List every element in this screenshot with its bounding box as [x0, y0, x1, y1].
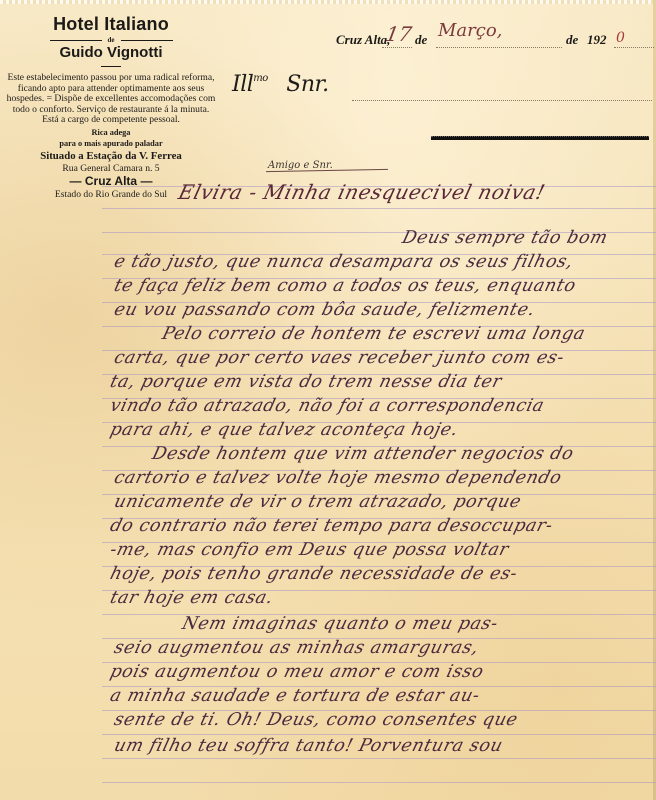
- letter-line: Nem imaginas quanto o meu pas-: [180, 614, 500, 634]
- letter-line: um filho teu soffra tanto! Porventura so…: [112, 736, 505, 756]
- date-year: 192: [587, 32, 607, 48]
- ruled-line: [102, 734, 656, 735]
- letter-line: pois augmentou o meu amor e com isso: [108, 662, 486, 682]
- hotel-location: Situado a Estação da V. Ferrea: [0, 150, 222, 162]
- letter-line: carta, que por certo vaes receber junto …: [112, 348, 567, 368]
- ruled-line: [102, 782, 656, 783]
- hotel-street: Rua General Camara n. 5: [0, 163, 222, 174]
- salutation-ill: Ill: [232, 72, 253, 97]
- date-de: de: [566, 32, 578, 48]
- recipient-dotted-line: [352, 100, 652, 101]
- letter-line: te faça feliz bem como a todos os teus, …: [112, 276, 578, 296]
- hotel-name: Hotel Italiano: [0, 14, 222, 35]
- letter-line: Pelo correio de hontem te escrevi uma lo…: [160, 324, 587, 344]
- letter-line: para ahi, e que talvez aconteça hoje.: [108, 420, 460, 440]
- letterhead-de: de: [108, 36, 115, 44]
- salutation-snr: Snr.: [286, 72, 328, 97]
- letterhead-de-row: de: [0, 36, 222, 44]
- letter-line: cartorio e talvez volte hoje mesmo depen…: [112, 468, 564, 488]
- letterhead: Hotel Italiano de Guido Vignotti Este es…: [0, 12, 222, 200]
- letter-line: unicamente de vir o trem atrazado, porqu…: [112, 492, 523, 512]
- date-de: de: [415, 32, 427, 48]
- divider: [101, 66, 121, 67]
- letter-line: sente de ti. Oh! Deus, como consentes qu…: [112, 710, 520, 730]
- letter-line: a minha saudade e tortura de estar au-: [108, 686, 482, 706]
- date-line: Cruz Alta, 17 de Março, de 192 0: [336, 30, 654, 54]
- salutation-sup: mo: [253, 73, 268, 84]
- salutation: Illmo Snr.: [232, 72, 329, 97]
- letter-line: e tão justo, que nunca desampara os seus…: [112, 252, 575, 272]
- letter-line: eu vou passando com bôa saude, felizment…: [112, 300, 537, 320]
- adega-line-1: Rica adega: [0, 128, 222, 138]
- letter-line: Deus sempre tão bom: [400, 228, 610, 248]
- date-city: Cruz Alta,: [336, 32, 390, 48]
- date-day: 17: [384, 22, 414, 46]
- ruled-line: [102, 758, 656, 759]
- divider: [121, 40, 173, 41]
- letter-line: vindo tão atrazado, não foi a correspond…: [108, 396, 546, 416]
- adega-line-2: para o mais apurado paladar: [0, 139, 222, 149]
- divider: [50, 40, 102, 41]
- paper-top-edge: [0, 0, 656, 4]
- letter-line: Desde hontem que vim attender negocios d…: [150, 444, 576, 464]
- letter-page: Hotel Italiano de Guido Vignotti Este es…: [0, 0, 656, 800]
- date-year-digit: 0: [616, 30, 625, 46]
- letter-line: tar hoje em casa.: [108, 588, 275, 608]
- date-month: Março,: [438, 20, 502, 41]
- hotel-owner: Guido Vignotti: [0, 44, 222, 61]
- letter-line: seio augmentou as minhas amarguras,: [112, 638, 481, 658]
- letter-greeting: Elvira - Minha inesquecivel noiva!: [176, 180, 548, 204]
- hotel-description: Este estabelecimento passou por uma radi…: [6, 73, 216, 126]
- ruled-line: [102, 208, 656, 209]
- letter-line: hoje, pois tenho grande necessidade de e…: [108, 564, 520, 584]
- letter-line: do contrario não terei tempo para desocc…: [108, 516, 555, 536]
- dotted-fill: [436, 47, 562, 48]
- letter-line: ta, porque em vista do trem nesse dia te…: [108, 372, 504, 392]
- address-rule: [431, 136, 649, 140]
- dotted-fill: [614, 47, 654, 48]
- letter-line: -me, mas confio em Deus que possa voltar: [108, 540, 511, 560]
